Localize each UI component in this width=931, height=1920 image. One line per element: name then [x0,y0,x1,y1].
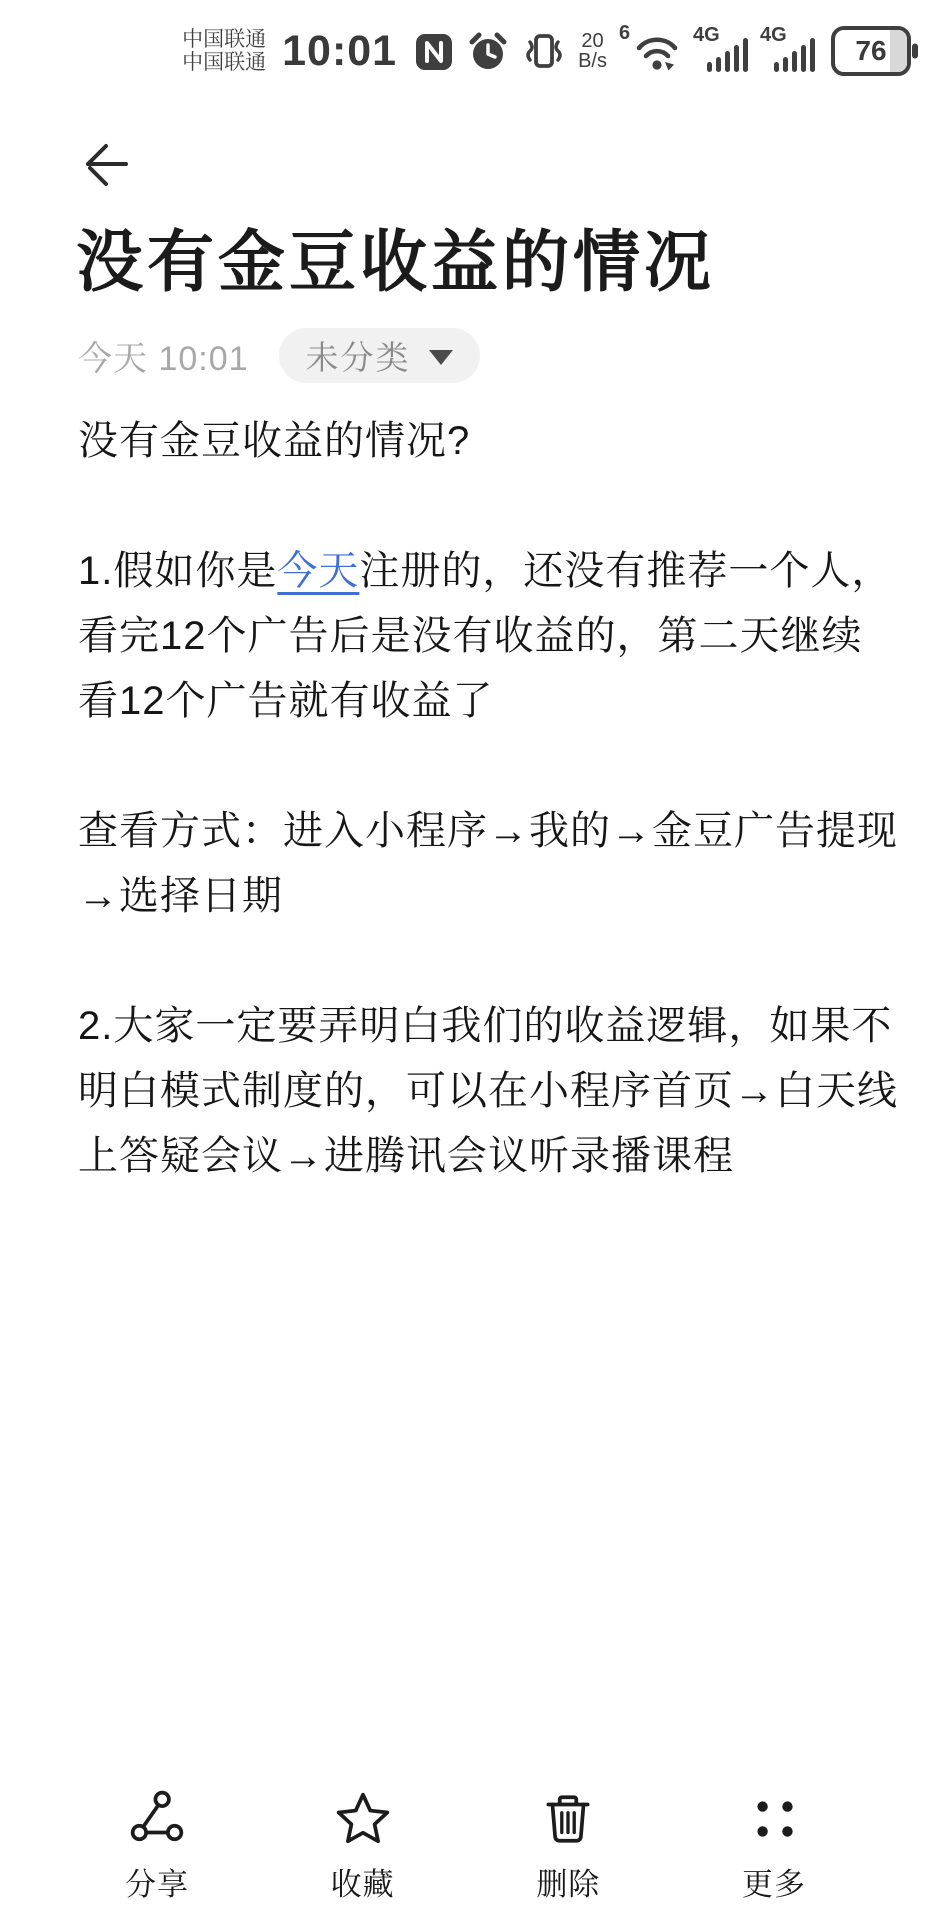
nfc-icon [413,29,455,73]
notes-app-screen: 中国联通 中国联通 10:01 [0,0,931,1920]
battery-icon: 76 [831,26,911,76]
body-line: 看完12个广告后是没有收益的，第二天继续 [78,604,871,669]
more-icon [745,1789,803,1847]
battery-empty-segment [890,30,907,72]
trash-icon [539,1789,597,1847]
bottom-toolbar: 分享 收藏 删除 [0,1780,931,1920]
share-button[interactable]: 分享 [95,1789,219,1904]
share-label: 分享 [125,1859,189,1904]
body-line: 明白模式制度的，可以在小程序首页→白天线 [78,1059,871,1124]
category-chip[interactable]: 未分类 [279,328,480,383]
favorite-label: 收藏 [331,1859,395,1904]
carrier-label: 中国联通 中国联通 [182,28,266,74]
battery-percent: 76 [855,35,886,67]
delete-label: 删除 [536,1859,600,1904]
status-bar-cluster: 中国联通 中国联通 10:01 [182,26,919,76]
network-speed: 20 B/s [578,31,607,71]
status-time: 10:01 [282,27,397,76]
network-speed-value: 20 [578,31,607,51]
carrier-line2: 中国联通 [182,51,266,74]
paragraph-1: 没有金豆收益的情况? [78,409,871,474]
carrier-line1: 中国联通 [182,28,266,51]
category-label: 未分类 [306,332,411,379]
note-meta-row: 今天 10:01 未分类 [78,328,480,383]
note-title: 没有金豆收益的情况 [76,222,881,304]
signal-bars-icon-1: 4G [693,26,749,76]
body-line: 看12个广告就有收益了 [78,669,871,734]
share-icon [128,1789,186,1847]
alarm-icon [466,29,510,73]
body-line: 查看方式：进入小程序→我的→金豆广告提现 [78,799,871,864]
vibrate-icon [521,29,567,73]
more-button[interactable]: 更多 [712,1789,836,1904]
paragraph-3: 查看方式：进入小程序→我的→金豆广告提现 →选择日期 [78,799,871,929]
wifi-band-label: 6 [619,22,630,45]
battery-nub [912,44,918,59]
back-button[interactable] [78,138,134,194]
body-text-segment: 注册的，还没有推荐一个人， [359,549,892,593]
today-link[interactable]: 今天 [277,549,359,593]
star-icon [334,1789,392,1847]
signal-bars-icon-2: 4G [760,26,816,76]
delete-button[interactable]: 删除 [506,1789,630,1904]
chevron-down-icon [429,350,453,365]
wifi-icon: 6 [632,28,682,74]
favorite-button[interactable]: 收藏 [301,1789,425,1904]
paragraph-4: 2.大家一定要弄明白我们的收益逻辑，如果不 明白模式制度的，可以在小程序首页→白… [78,994,871,1189]
status-bar: 中国联通 中国联通 10:01 [0,0,931,96]
network-speed-unit: B/s [578,51,607,71]
back-arrow-icon [78,182,134,197]
body-line: 没有金豆收益的情况? [78,409,871,474]
note-date: 今天 10:01 [78,331,249,380]
body-line: →选择日期 [78,864,871,929]
body-line: 上答疑会议→进腾讯会议听录播课程 [78,1124,871,1189]
note-body[interactable]: 没有金豆收益的情况? 1.假如你是今天注册的，还没有推荐一个人， 看完12个广告… [78,409,871,1189]
more-label: 更多 [742,1859,806,1904]
body-line: 2.大家一定要弄明白我们的收益逻辑，如果不 [78,994,871,1059]
body-line: 1.假如你是今天注册的，还没有推荐一个人， [78,539,871,604]
paragraph-2: 1.假如你是今天注册的，还没有推荐一个人， 看完12个广告后是没有收益的，第二天… [78,539,871,734]
body-text-segment: 1.假如你是 [78,549,277,593]
